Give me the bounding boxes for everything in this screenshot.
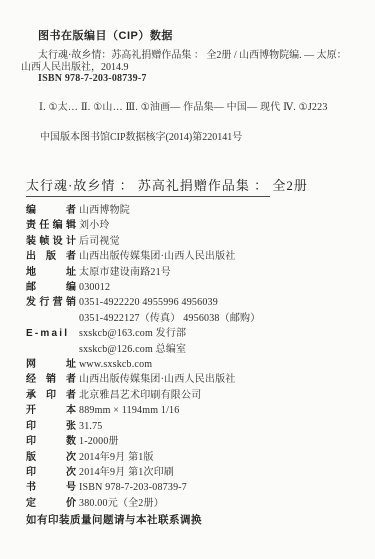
colophon-value: 889mm × 1194mm 1/16 bbox=[79, 403, 356, 418]
colophon-value: 0351-4922220 4955996 49560390351-4922127… bbox=[79, 295, 356, 326]
colophon-value-line: 31.75 bbox=[79, 419, 356, 434]
colophon-value-line: www.sxskcb.com bbox=[79, 357, 356, 372]
colophon-row: E-mailsxskcb@163.com 发行部sxskcb@126.com 总… bbox=[26, 326, 356, 357]
colophon-label: 书号 bbox=[26, 480, 76, 495]
colophon-value-line: sxskcb@163.com 发行部 bbox=[79, 326, 356, 341]
colophon-value-line: ISBN 978-7-203-08739-7 bbox=[79, 480, 356, 495]
colophon-row: 地址太原市建设南路21号 bbox=[26, 265, 356, 280]
colophon-value-line: 后司视觉 bbox=[79, 234, 356, 249]
colophon-value: www.sxskcb.com bbox=[79, 357, 356, 372]
copyright-page: 图书在版编目（CIP）数据 太行魂·故乡情：苏高礼捐赠作品集 ： 全2册 / 山… bbox=[0, 0, 375, 559]
title-divider bbox=[26, 196, 270, 197]
colophon-row: 编者山西博物院 bbox=[26, 203, 356, 218]
colophon-label: 印张 bbox=[26, 419, 76, 434]
colophon-label: 版次 bbox=[26, 450, 76, 465]
colophon-value-line: 2014年9月 第1次印刷 bbox=[79, 465, 356, 480]
colophon-row: 邮编030012 bbox=[26, 280, 356, 295]
colophon-row: 网址www.sxskcb.com bbox=[26, 357, 356, 372]
colophon-value-line: 北京雅昌艺术印刷有限公司 bbox=[79, 388, 356, 403]
colophon-label: 地址 bbox=[26, 265, 76, 280]
colophon-label: 经销者 bbox=[26, 372, 76, 387]
colophon-label: 开本 bbox=[26, 403, 76, 418]
colophon-value: 山西出版传媒集团·山西人民出版社 bbox=[79, 249, 356, 264]
colophon-label: 装帧设计 bbox=[26, 234, 76, 249]
colophon-label: 网址 bbox=[26, 357, 76, 372]
colophon-row: 经销者山西出版传媒集团·山西人民出版社 bbox=[26, 372, 356, 387]
colophon-label: 编者 bbox=[26, 203, 76, 218]
colophon-label: 印次 bbox=[26, 465, 76, 480]
colophon-row: 开本889mm × 1194mm 1/16 bbox=[26, 403, 356, 418]
colophon-row: 定价380.00元（全2册） bbox=[26, 496, 356, 511]
colophon-value-line: 1-2000册 bbox=[79, 434, 356, 449]
colophon-value: 山西博物院 bbox=[79, 203, 356, 218]
colophon-value: 31.75 bbox=[79, 419, 356, 434]
colophon-value-line: 380.00元（全2册） bbox=[79, 496, 356, 511]
colophon-table: 编者山西博物院责任编辑刘小玲装帧设计后司视觉出版者山西出版传媒集团·山西人民出版… bbox=[26, 203, 356, 511]
colophon-value-line: 山西出版传媒集团·山西人民出版社 bbox=[79, 249, 356, 264]
colophon-label: 发行营销 bbox=[26, 295, 76, 310]
colophon-label: 责任编辑 bbox=[26, 218, 76, 233]
colophon-label: 邮编 bbox=[26, 280, 76, 295]
colophon-row: 印张31.75 bbox=[26, 419, 356, 434]
cip-record-number: 中国版本图书馆CIP数据核字(2014)第220141号 bbox=[40, 128, 242, 143]
colophon-value-line: sxskcb@126.com 总编室 bbox=[79, 342, 356, 357]
colophon-row: 发行营销0351-4922220 4955996 49560390351-492… bbox=[26, 295, 356, 326]
colophon-value: 太原市建设南路21号 bbox=[79, 265, 356, 280]
colophon-value: 后司视觉 bbox=[79, 234, 356, 249]
colophon-value: 2014年9月 第1次印刷 bbox=[79, 465, 356, 480]
colophon-value-line: 0351-4922220 4955996 4956039 bbox=[79, 295, 356, 310]
colophon-value: sxskcb@163.com 发行部sxskcb@126.com 总编室 bbox=[79, 326, 356, 357]
cip-paragraph: 太行魂·故乡情：苏高礼捐赠作品集 ： 全2册 / 山西博物院编. — 太原： 山… bbox=[21, 50, 357, 85]
colophon-value-line: 0351-4922127（传真） 4956038（邮购） bbox=[79, 311, 356, 326]
colophon-row: 印数1-2000册 bbox=[26, 434, 356, 449]
book-title: 太行魂·故乡情 ： 苏高礼捐赠作品集 ： 全2册 bbox=[26, 175, 356, 194]
colophon-label: 印数 bbox=[26, 434, 76, 449]
cip-line-2: 山西人民出版社，2014.9 bbox=[21, 62, 357, 74]
cip-heading: 图书在版编目（CIP）数据 bbox=[38, 27, 173, 43]
colophon-label: E-mail bbox=[26, 326, 76, 341]
colophon-value: 030012 bbox=[79, 280, 356, 295]
colophon-value: ISBN 978-7-203-08739-7 bbox=[79, 480, 356, 495]
colophon-value-line: 889mm × 1194mm 1/16 bbox=[79, 403, 356, 418]
colophon-value-line: 030012 bbox=[79, 280, 356, 295]
colophon-value: 山西出版传媒集团·山西人民出版社 bbox=[79, 372, 356, 387]
colophon-value: 1-2000册 bbox=[79, 434, 356, 449]
colophon-row: 版次2014年9月 第1版 bbox=[26, 450, 356, 465]
colophon-row: 承印者北京雅昌艺术印刷有限公司 bbox=[26, 388, 356, 403]
colophon-value-line: 刘小玲 bbox=[79, 218, 356, 233]
colophon-row: 责任编辑刘小玲 bbox=[26, 218, 356, 233]
colophon-label: 定价 bbox=[26, 496, 76, 511]
reprint-note: 如有印装质量问题请与本社联系调换 bbox=[26, 512, 202, 527]
colophon-value: 2014年9月 第1版 bbox=[79, 450, 356, 465]
colophon-label: 出版者 bbox=[26, 249, 76, 264]
colophon-row: 出版者山西出版传媒集团·山西人民出版社 bbox=[26, 249, 356, 264]
colophon-value: 刘小玲 bbox=[79, 218, 356, 233]
cip-isbn: ISBN 978-7-203-08739-7 bbox=[21, 73, 357, 85]
colophon-value-line: 太原市建设南路21号 bbox=[79, 265, 356, 280]
colophon-value-line: 2014年9月 第1版 bbox=[79, 450, 356, 465]
colophon-row: 印次2014年9月 第1次印刷 bbox=[26, 465, 356, 480]
cip-line-1: 太行魂·故乡情：苏高礼捐赠作品集 ： 全2册 / 山西博物院编. — 太原： bbox=[21, 50, 357, 62]
colophon-value-line: 山西出版传媒集团·山西人民出版社 bbox=[79, 372, 356, 387]
colophon-row: 装帧设计后司视觉 bbox=[26, 234, 356, 249]
colophon-row: 书号ISBN 978-7-203-08739-7 bbox=[26, 480, 356, 495]
cip-classification: Ⅰ. ①太… Ⅱ. ①山… Ⅲ. ①油画— 作品集— 中国— 现代 Ⅳ. ①J2… bbox=[39, 98, 359, 113]
colophon-value-line: 山西博物院 bbox=[79, 203, 356, 218]
colophon-label: 承印者 bbox=[26, 388, 76, 403]
colophon-value: 380.00元（全2册） bbox=[79, 496, 356, 511]
colophon-value: 北京雅昌艺术印刷有限公司 bbox=[79, 388, 356, 403]
